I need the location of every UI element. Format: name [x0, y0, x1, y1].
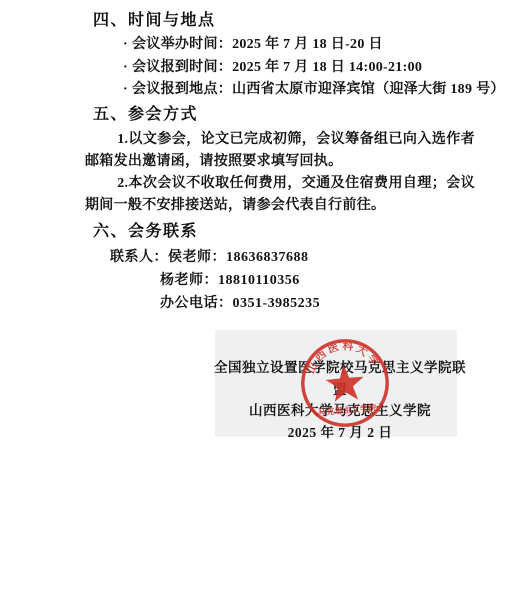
section-heading-time: 四、时间与地点 [93, 10, 475, 31]
paragraph: 1.以文参会，论文已完成初筛，会议筹备组已向入选作者邮箱发出邀请函，请按照要求填… [85, 129, 475, 173]
bullet-text: 会议举办时间：2025 年 7 月 18 日-20 日 [132, 37, 383, 52]
bullet-icon: · [123, 60, 128, 75]
document-body: 四、时间与地点 ·会议举办时间：2025 年 7 月 18 日-20 日 ·会议… [85, 10, 475, 315]
seal-bottom-text: 马克思主义学院 [318, 402, 378, 417]
list-item: ·会议举办时间：2025 年 7 月 18 日-20 日 [123, 34, 475, 57]
section-heading-contact: 六、会务联系 [93, 221, 475, 242]
official-seal-stamp: 山西医科大学 马克思主义学院 [295, 330, 395, 436]
bullet-icon: · [123, 37, 128, 52]
section-heading-participation: 五、参会方式 [93, 104, 475, 125]
contact-block: 联系人：侯老师：18636837688 杨老师：18810110356 办公电话… [85, 246, 475, 315]
bullet-text: 会议报到地点：山西省太原市迎泽宾馆（迎泽大街 189 号） [132, 82, 505, 97]
star-icon [325, 363, 366, 402]
paragraph: 2.本次会议不收取任何费用，交通及住宿费用自理；会议期间一般不安排接送站，请参会… [85, 173, 475, 217]
seal-graphic: 山西医科大学 马克思主义学院 [295, 330, 395, 436]
contact-line: 联系人：侯老师：18636837688 [110, 246, 475, 269]
time-bullet-list: ·会议举办时间：2025 年 7 月 18 日-20 日 ·会议报到时间：202… [85, 34, 475, 102]
bullet-text: 会议报到时间：2025 年 7 月 18 日 14:00-21:00 [132, 60, 422, 75]
list-item: ·会议报到地点：山西省太原市迎泽宾馆（迎泽大街 189 号） [123, 79, 475, 102]
list-item: ·会议报到时间：2025 年 7 月 18 日 14:00-21:00 [123, 57, 475, 80]
contact-line: 杨老师：18810110356 [160, 269, 475, 292]
document-page: 四、时间与地点 ·会议举办时间：2025 年 7 月 18 日-20 日 ·会议… [0, 0, 522, 606]
contact-line: 办公电话：0351-3985235 [160, 292, 475, 315]
bullet-icon: · [123, 82, 128, 97]
